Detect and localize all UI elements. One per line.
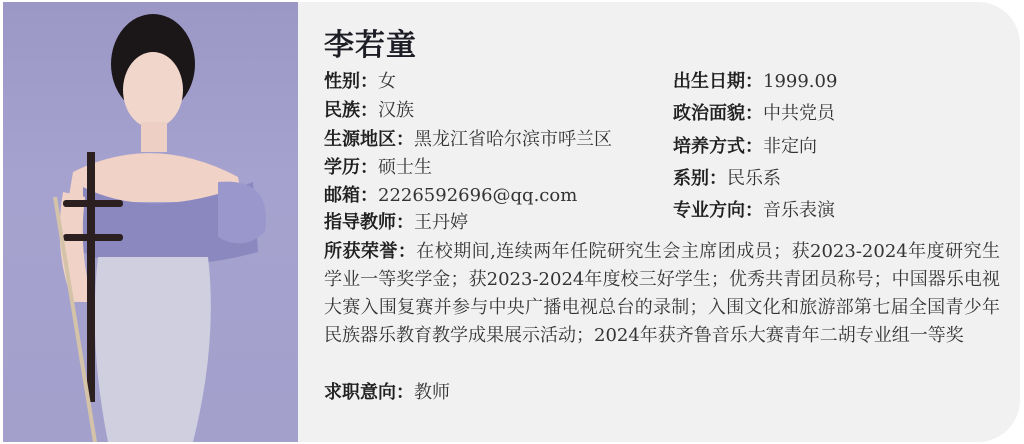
field-label: 政治面貌： — [673, 103, 763, 124]
field-label: 生源地区： — [324, 129, 414, 150]
field-label: 性别： — [324, 71, 378, 92]
honors-text: 在校期间,连续两年任院研究生会主席团成员；获2023-2024年度研究生学业一等… — [324, 241, 1000, 346]
field-value: 音乐表演 — [763, 200, 835, 221]
field-value: 非定向 — [763, 136, 817, 157]
field-label: 邮箱： — [324, 185, 378, 206]
student-name: 李若童 — [324, 20, 417, 64]
email-value[interactable]: 2226592696@qq.com — [378, 185, 577, 206]
field-value: 教师 — [414, 382, 450, 403]
field-value: 1999.09 — [763, 71, 837, 92]
field-label: 系别： — [673, 168, 727, 189]
field-training-mode: 培养方式：非定向 — [673, 134, 817, 160]
field-education: 学历：硕士生 — [324, 155, 432, 181]
field-label: 求职意向： — [324, 382, 414, 403]
portrait-illustration — [3, 2, 298, 442]
field-label: 学历： — [324, 157, 378, 178]
field-gender: 性别：女 — [324, 69, 396, 95]
field-value: 王丹婷 — [414, 212, 468, 233]
field-political-status: 政治面貌：中共党员 — [673, 101, 835, 127]
field-value: 硕士生 — [378, 157, 432, 178]
field-advisor: 指导教师：王丹婷 — [324, 210, 468, 236]
field-value: 女 — [378, 71, 396, 92]
field-label: 民族： — [324, 100, 378, 121]
field-label: 专业方向： — [673, 200, 763, 221]
field-value: 民乐系 — [727, 168, 781, 189]
honors-label: 所获荣誉： — [324, 241, 416, 262]
field-job-intention: 求职意向：教师 — [324, 380, 450, 406]
field-label: 指导教师： — [324, 212, 414, 233]
field-value: 中共党员 — [763, 103, 835, 124]
profile-photo — [3, 2, 298, 442]
field-value: 黑龙江省哈尔滨市呼兰区 — [414, 129, 612, 150]
field-origin: 生源地区：黑龙江省哈尔滨市呼兰区 — [324, 127, 612, 153]
field-value: 汉族 — [378, 100, 414, 121]
field-ethnicity: 民族：汉族 — [324, 98, 414, 124]
field-label: 出生日期： — [673, 71, 763, 92]
field-department: 系别：民乐系 — [673, 166, 781, 192]
field-major: 专业方向：音乐表演 — [673, 198, 835, 224]
honors-section: 所获荣誉：在校期间,连续两年任院研究生会主席团成员；获2023-2024年度研究… — [324, 238, 1000, 350]
field-email: 邮箱：2226592696@qq.com — [324, 183, 577, 209]
field-birth-date: 出生日期：1999.09 — [673, 69, 837, 95]
field-label: 培养方式： — [673, 136, 763, 157]
